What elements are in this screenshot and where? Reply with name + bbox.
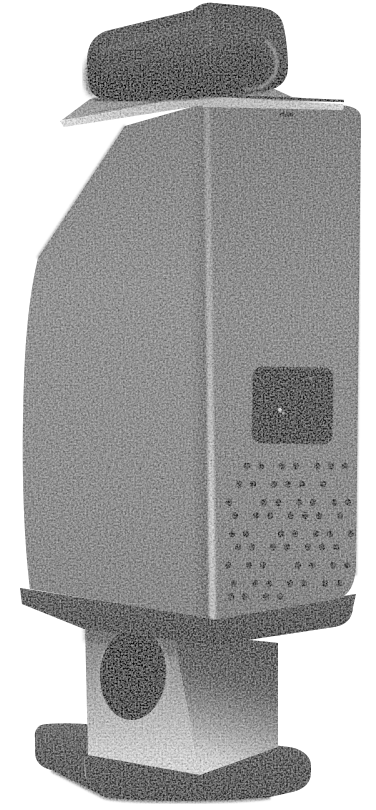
access-panel xyxy=(252,367,332,443)
vent-hole xyxy=(314,463,320,470)
vent-hole xyxy=(242,593,248,600)
pedestal xyxy=(84,621,278,779)
vent-hole xyxy=(244,463,250,470)
vent-hole xyxy=(336,580,342,587)
vent-hole xyxy=(331,499,337,506)
vent-hole xyxy=(330,562,336,569)
vent-hole xyxy=(309,562,315,569)
vent-hole xyxy=(279,463,285,470)
vent-hole xyxy=(236,481,242,488)
vent-hole xyxy=(235,544,241,551)
vent-hole xyxy=(225,562,231,569)
vent-hole xyxy=(243,530,249,537)
vent-hole xyxy=(333,544,339,551)
vent-hole xyxy=(275,499,281,506)
vent-hole xyxy=(344,562,350,569)
vent-hole xyxy=(328,463,334,470)
vent-hole xyxy=(252,580,258,587)
vent-hole xyxy=(302,512,308,519)
vent-hole xyxy=(253,512,259,519)
vent-hole xyxy=(310,499,316,506)
vent-hole xyxy=(284,544,290,551)
vent-hole xyxy=(320,481,326,488)
vent-hole xyxy=(250,481,256,488)
vent-hole xyxy=(249,544,255,551)
vent-hole xyxy=(301,580,307,587)
vent-hole xyxy=(226,499,232,506)
vent-hole xyxy=(261,499,267,506)
vent-hole xyxy=(342,463,348,470)
vent-hole xyxy=(277,593,283,600)
vent-hole xyxy=(313,530,319,537)
vent-hole xyxy=(246,562,252,569)
equipment-photo xyxy=(0,0,376,810)
vent-hole xyxy=(293,463,299,470)
vent-hole xyxy=(327,530,333,537)
vent-hole xyxy=(295,562,301,569)
vent-hole xyxy=(348,530,354,537)
top-slot xyxy=(279,112,294,117)
vent-hole xyxy=(266,580,272,587)
vent-hole xyxy=(285,481,291,488)
vent-hole xyxy=(316,512,322,519)
vent-hole xyxy=(258,463,264,470)
equipment-photograph xyxy=(0,0,376,810)
vent-hole xyxy=(232,512,238,519)
vent-hole xyxy=(345,499,351,506)
vent-hole xyxy=(231,580,237,587)
vent-hole xyxy=(337,512,343,519)
vent-hole xyxy=(260,562,266,569)
vent-hole xyxy=(322,580,328,587)
vent-hole xyxy=(263,593,269,600)
vent-hole xyxy=(278,530,284,537)
vent-hole xyxy=(287,580,293,587)
vent-hole xyxy=(319,544,325,551)
vent-hole xyxy=(267,512,273,519)
vent-hole xyxy=(229,530,235,537)
vent-hole xyxy=(271,481,277,488)
vent-hole xyxy=(270,544,276,551)
vent-hole xyxy=(296,499,302,506)
vent-hole xyxy=(228,593,234,600)
vent-hole xyxy=(305,544,311,551)
vent-hole xyxy=(292,530,298,537)
vent-hole xyxy=(288,512,294,519)
vent-hole xyxy=(299,481,305,488)
